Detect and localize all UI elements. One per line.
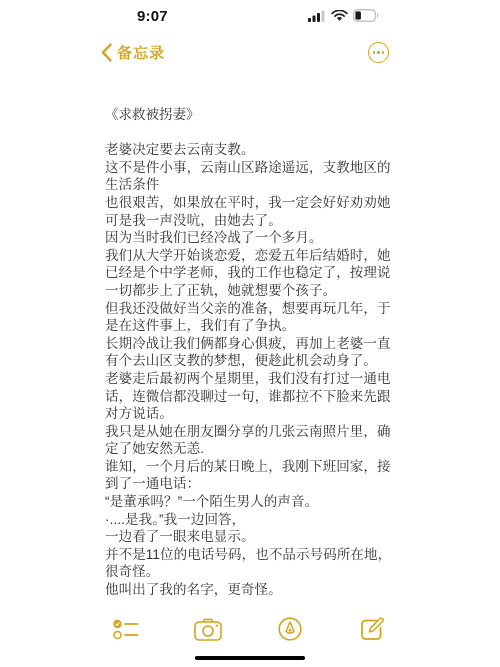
note-content[interactable]: 《求救被拐妻》 老婆决定要去云南支教。这不是件小事，云南山区路途遥远，支教地区的… (105, 106, 401, 599)
back-label: 备忘录 (117, 42, 165, 63)
note-line: 也很艰苦，如果放在平时，我一定会好好劝劝她 (105, 194, 401, 212)
note-line: 已经是个中学老师，我的工作也稳定了，按理说 (105, 264, 401, 282)
note-line: 是在这件事上，我们有了争执。 (105, 317, 401, 335)
note-line: 老婆决定要去云南支教。 (105, 141, 401, 159)
phone-screen: 9:07 (85, 0, 415, 667)
note-line: 并不是11位的电话号码，也不品示号码所在地， (105, 546, 401, 564)
note-line: 但我还没做好当父亲的准备，想要再玩几年，于 (105, 300, 401, 318)
note-line: 很奇怪。 (105, 563, 401, 581)
compose-icon (360, 617, 385, 641)
notes-app-screenshot: 9:07 (0, 0, 500, 667)
ellipsis-circle-icon (373, 51, 384, 53)
note-line: 到了一通电话： (105, 475, 401, 493)
more-button[interactable] (368, 42, 389, 63)
note-line: 老婆走后最初两个星期里，我们没有打过一通电 (105, 370, 401, 388)
note-line: 话，连微信都没聊过一句，谁都拉不下脸来先跟 (105, 388, 401, 406)
note-line: 一边看了一眼来电显示。 (105, 528, 401, 546)
note-line: 长期冷战让我们俩都身心俱疲，再加上老婆一直 (105, 335, 401, 353)
note-line: 因为当时我们已经冷战了一个多月。 (105, 229, 401, 247)
checklist-button[interactable] (111, 616, 139, 642)
note-line: 有个去山区支教的梦想，便趁此机会动身了。 (105, 352, 401, 370)
bottom-toolbar (85, 616, 415, 642)
note-line: 谁知，一个月后的某日晚上，我刚下班回家，接 (105, 458, 401, 476)
note-line: 对方说话。 (105, 405, 401, 423)
note-line: 生活条件 (105, 176, 401, 194)
status-icons (308, 9, 379, 22)
checklist-icon (112, 618, 139, 641)
note-line: 一切都步上了正轨，她就想要个孩子。 (105, 282, 401, 300)
note-line: 我只是从她在朋友圈分享的几张云南照片里，确 (105, 423, 401, 441)
cellular-signal-icon (308, 10, 326, 22)
note-line: 定了她安然无恙. (105, 440, 401, 458)
compose-button[interactable] (359, 616, 387, 642)
camera-button[interactable] (194, 616, 222, 642)
note-line: 他叫出了我的名字，更奇怪。 (105, 581, 401, 599)
wifi-icon (331, 10, 348, 22)
note-line: “是董承吗？”一个陌生男人的声音。 (105, 493, 401, 511)
status-bar: 9:07 (85, 0, 415, 32)
battery-icon (353, 9, 379, 22)
note-line: 我们从大学开始谈恋爱，恋爱五年后结婚时，她 (105, 247, 401, 265)
markup-button[interactable] (276, 616, 304, 642)
status-time: 9:07 (137, 8, 168, 25)
markup-icon (278, 617, 302, 641)
back-button[interactable]: 备忘录 (101, 42, 165, 63)
note-line: 可是我一声没吭，由她去了。 (105, 212, 401, 230)
home-indicator[interactable] (195, 656, 305, 661)
camera-icon (194, 618, 222, 641)
note-body: 老婆决定要去云南支教。这不是件小事，云南山区路途遥远，支教地区的生活条件也很艰苦… (105, 141, 401, 598)
blank-line (105, 124, 401, 142)
note-title: 《求救被拐妻》 (105, 106, 401, 124)
nav-bar: 备忘录 (85, 40, 415, 68)
note-line: 这不是件小事，云南山区路途遥远，支教地区的 (105, 159, 401, 177)
note-line: ·....是我。”我一边回答， (105, 511, 401, 529)
chevron-left-icon (101, 43, 112, 62)
